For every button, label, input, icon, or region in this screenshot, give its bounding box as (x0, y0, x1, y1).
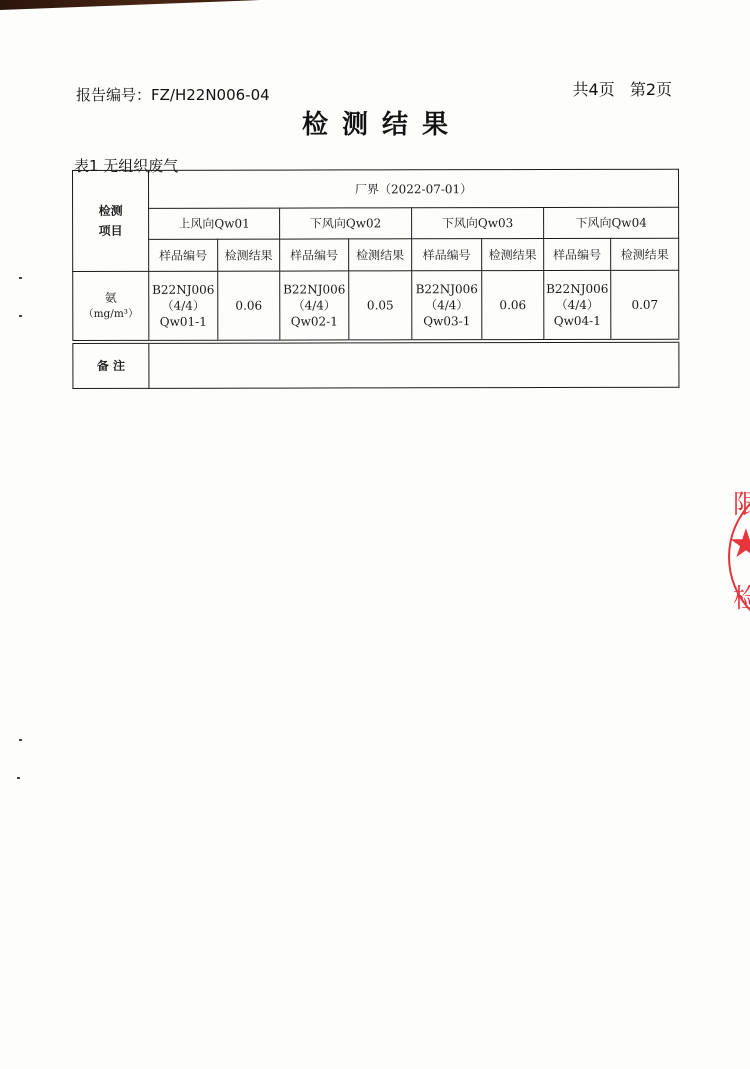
result-cell: 0.07 (611, 270, 679, 341)
scan-edge-shadow (0, 0, 260, 10)
seal-char: 检 (733, 578, 750, 615)
result-header: 检测结果 (482, 239, 544, 271)
point-header: 上风向Qw01 (149, 208, 280, 239)
seal-star-icon: ★ (728, 524, 750, 564)
sample-id-cell: B22NJ006 （4/4） Qw03-1 (412, 271, 482, 342)
sample-id-header: 样品编号 (544, 238, 611, 270)
page-title: 检测结果 (0, 104, 750, 141)
item-unit: （mg/m³） (73, 306, 148, 322)
result-cell: 0.06 (482, 271, 544, 342)
seal-char: 限 (733, 484, 750, 521)
item-cell: 氨 （mg/m³） (73, 271, 149, 342)
scan-speck (19, 277, 22, 279)
scan-speck (19, 739, 22, 741)
point-header: 下风向Qw02 (280, 208, 412, 239)
sample-id-header: 样品编号 (149, 239, 218, 271)
remarks-label: 备 注 (73, 342, 149, 389)
sample-id-header: 样品编号 (412, 239, 482, 271)
results-table: 检测项目 厂界（2022-07-01） 上风向Qw01 下风向Qw02 下风向Q… (72, 169, 680, 389)
remarks-value (149, 341, 679, 389)
sample-id-cell: B22NJ006 （4/4） Qw04-1 (544, 270, 611, 341)
point-header: 下风向Qw03 (412, 208, 544, 239)
item-header: 检测项目 (73, 170, 149, 271)
report-number: 报告编号：FZ/H22N006-04 (76, 84, 270, 105)
point-header: 下风向Qw04 (544, 207, 679, 238)
sample-id-header: 样品编号 (280, 239, 349, 271)
scan-speck (19, 315, 22, 317)
result-header: 检测结果 (611, 238, 679, 270)
sample-id-cell: B22NJ006 （4/4） Qw01-1 (149, 271, 218, 342)
location-header: 厂界（2022-07-01） (149, 169, 679, 208)
page-count: 共4页 第2页 (573, 77, 672, 100)
item-name: 氨 (73, 290, 148, 306)
table-row: 氨 （mg/m³） B22NJ006 （4/4） Qw01-1 0.06 B22… (73, 270, 679, 342)
scan-speck (17, 777, 20, 779)
result-header: 检测结果 (218, 239, 280, 271)
result-cell: 0.05 (349, 271, 412, 342)
result-header: 检测结果 (349, 239, 412, 271)
sample-id-cell: B22NJ006 （4/4） Qw02-1 (280, 271, 349, 342)
result-cell: 0.06 (218, 271, 280, 342)
